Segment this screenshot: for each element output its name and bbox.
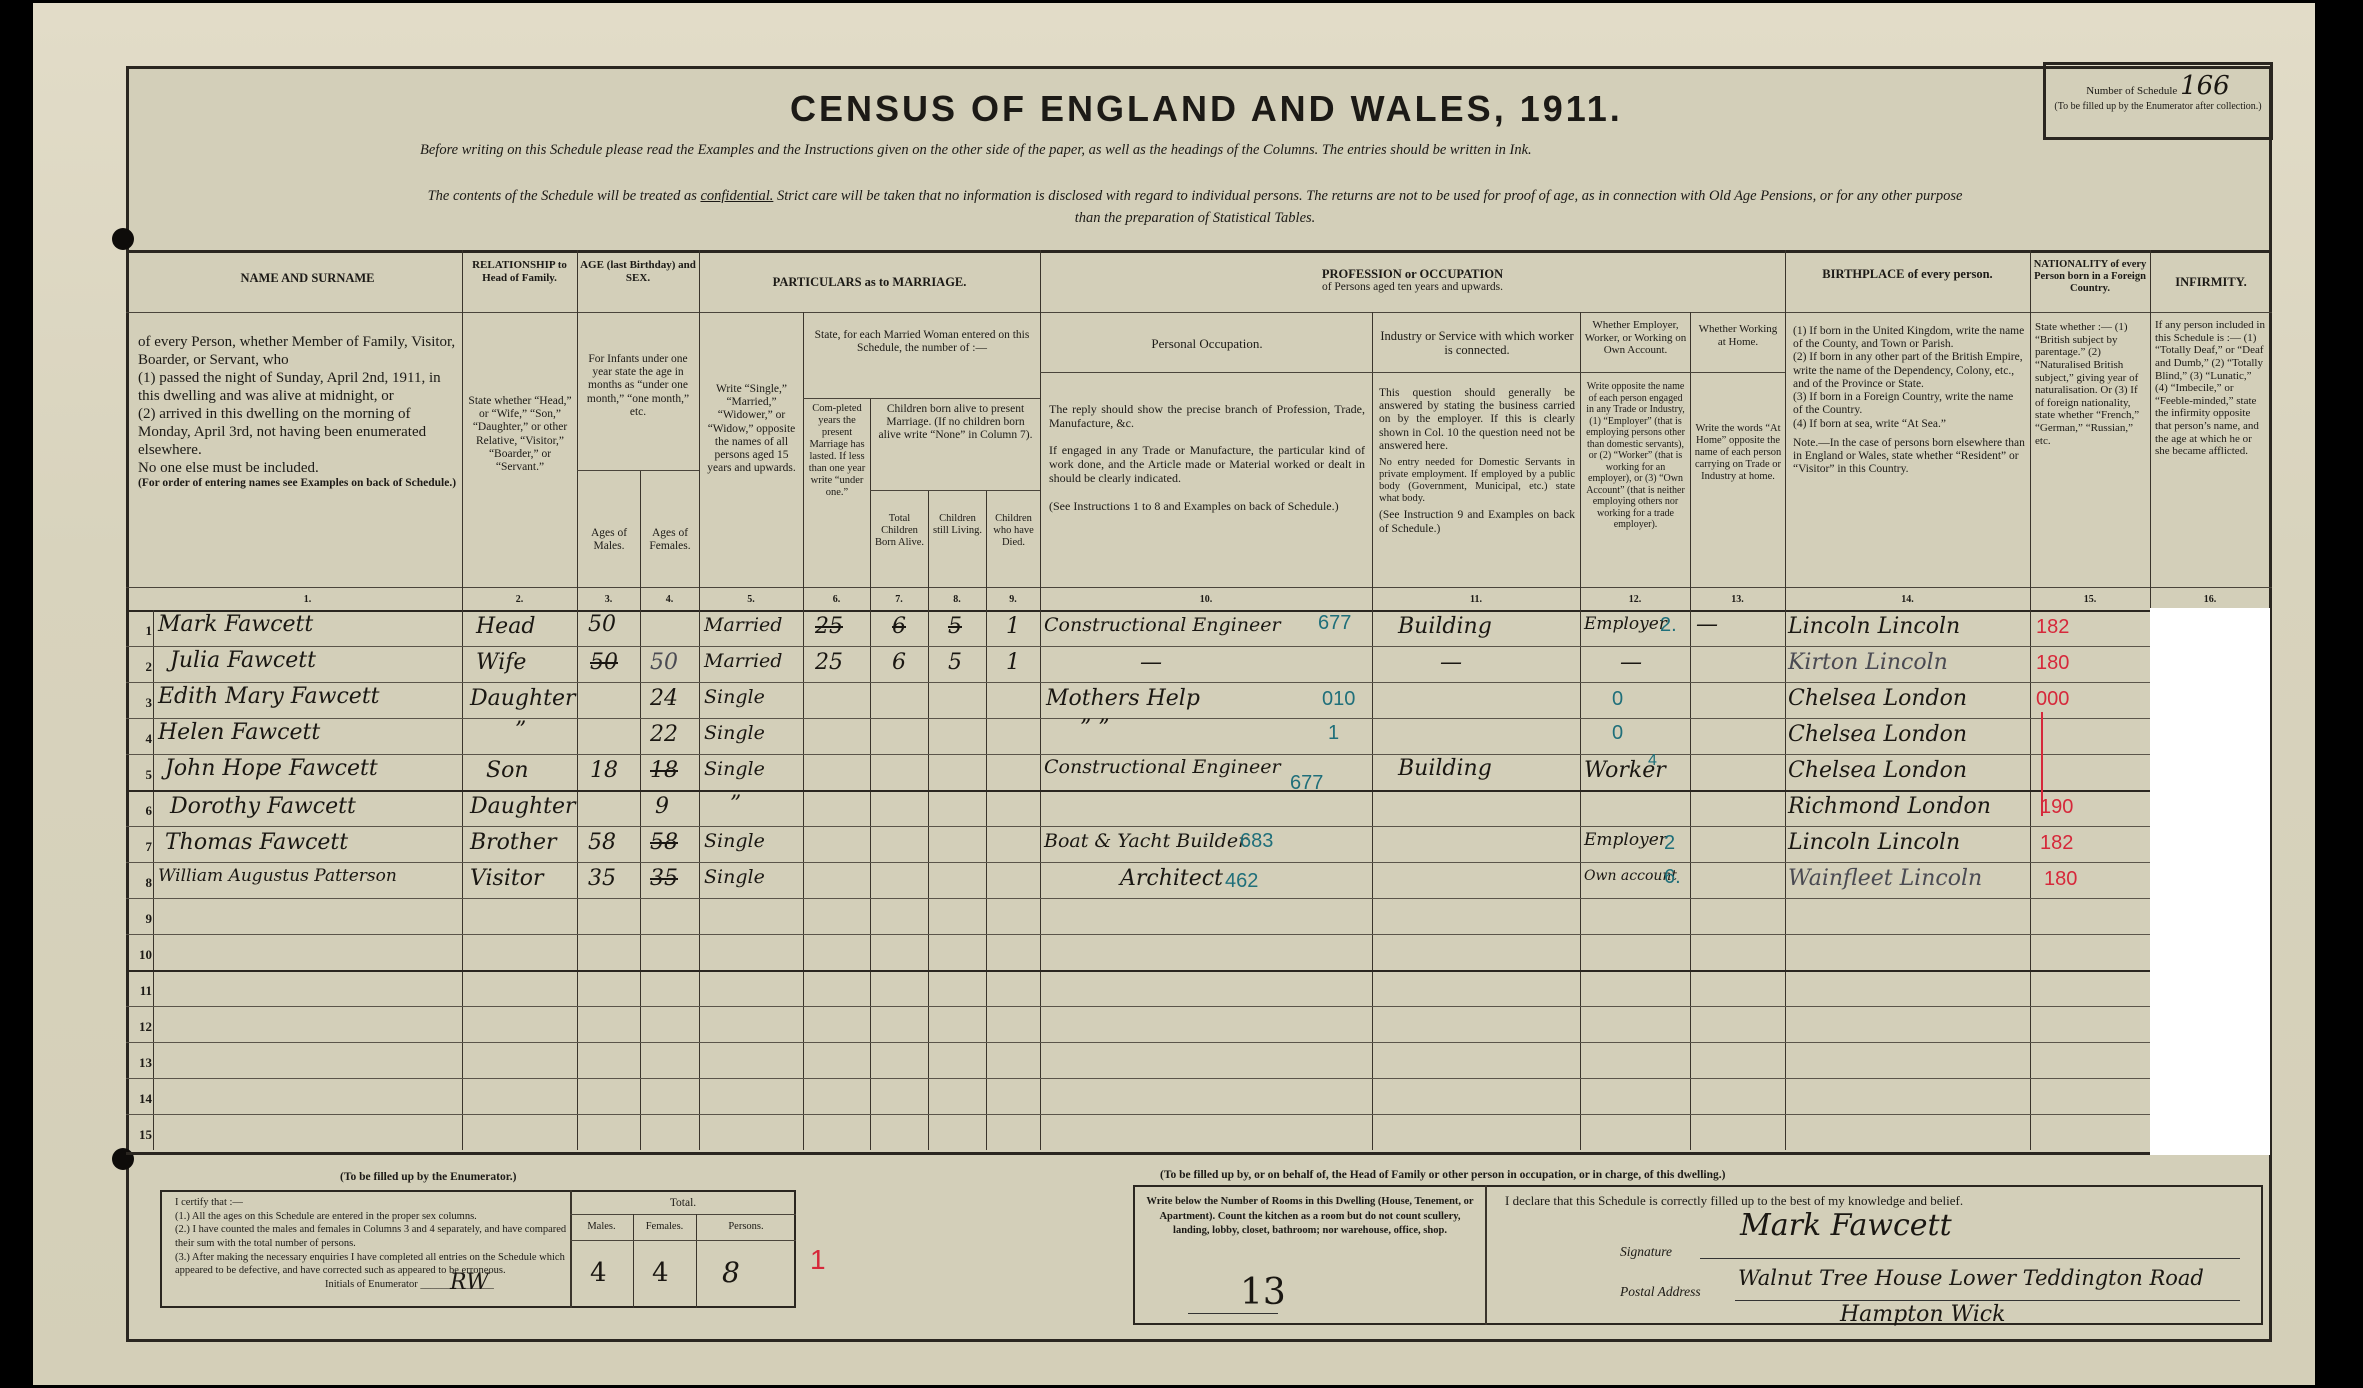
form-rule [126, 898, 2150, 899]
row-numbers-1: 2 [128, 659, 152, 675]
form-rule [126, 934, 2150, 935]
signature: Mark Fawcett [1740, 1208, 1952, 1243]
enumerator-males-label: Males. [570, 1220, 633, 1234]
row-7-name: Thomas Fawcett [165, 830, 348, 855]
rows-0-died: 1 [1006, 614, 1020, 639]
header-name: NAME AND SURNAME [153, 268, 462, 288]
row-1-occupation: Constructional Engineer [1044, 614, 1281, 636]
row-3-name: Edith Mary Fawcett [158, 684, 380, 709]
header-personal-occupation: Personal Occupation. [1042, 334, 1372, 355]
header-infirmity: INFIRMITY. [2150, 272, 2272, 292]
enumerator-initials: RW [450, 1270, 489, 1295]
rows-7-emp-code: 6. [1664, 866, 1681, 889]
headers-occupation-personal-body3: (See Instructions 1 to 8 and Examples on… [1049, 500, 1365, 514]
rows-1-birthplace: Kirton Lincoln [1788, 650, 1948, 675]
form-rule [462, 250, 463, 1150]
postal-address-line2: Hampton Wick [1840, 1302, 2005, 1327]
headers-birthplace-note: Note.—In the case of persons born elsewh… [1793, 437, 2025, 477]
row-5-name: John Hope Fawcett [165, 756, 378, 781]
column-numbers-3: 4. [640, 594, 699, 605]
rows-7-occupation: Architect [1120, 866, 1223, 891]
column-numbers-2: 3. [577, 594, 640, 605]
enumerator-certify: I certify that :— [175, 1196, 575, 1210]
rows-4-emp-code: 4 [1648, 752, 1657, 770]
form-rule [577, 470, 699, 471]
column-numbers-1: 2. [462, 594, 577, 605]
rows-7-rel: Visitor [470, 866, 543, 891]
schedule-number: 166 [2180, 71, 2230, 101]
rows-2-nat-code: 000 [2036, 688, 2069, 711]
column-numbers-12: 13. [1690, 594, 1785, 605]
form-rule [126, 754, 2150, 755]
rows-4-rel: Son [486, 758, 529, 783]
rows-1-marriage: Married [704, 650, 782, 672]
rows-6-emp-code: 2 [1664, 832, 1675, 855]
form-rule [153, 610, 154, 1150]
column-numbers-10: 11. [1372, 594, 1580, 605]
header-top-rule [126, 250, 2272, 253]
rows-2-occ-code: 010 [1322, 688, 1355, 711]
header-industry: Industry or Service with which worker is… [1374, 326, 1580, 361]
header-children-born: Children born alive to present Marriage.… [872, 400, 1039, 446]
rows-0-birthplace: Lincoln Lincoln [1788, 614, 1960, 639]
row-8-name: William Augustus Patterson [158, 866, 397, 886]
header-relationship: RELATIONSHIP to Head of Family. [462, 256, 577, 287]
row-numbers-4: 5 [128, 767, 152, 783]
rows-5-rel: Daughter [470, 794, 576, 819]
header-personal-body: The reply should show the precise branch… [1046, 400, 1368, 516]
form-confidential-word: confidential. [700, 188, 773, 204]
enumerator-females-label: Females. [633, 1220, 696, 1234]
rows-1-rel: Wife [476, 650, 526, 675]
header-children-died: Children who have Died. [987, 510, 1040, 552]
form-rule [126, 1078, 2150, 1079]
rows-4-age-f: 18 [650, 758, 678, 783]
rows-7-occ-code: 462 [1225, 870, 1258, 893]
form-rule [640, 470, 641, 1150]
rows-1-yrs: 25 [815, 650, 843, 675]
rows-0-industry: Building [1398, 614, 1492, 639]
rows-4-occ-code: 677 [1290, 772, 1323, 795]
rows-0-emp-code: 2. [1660, 614, 1677, 637]
rows-6-birthplace: Lincoln Lincoln [1788, 830, 1960, 855]
headers-occupation-personal-body1: The reply should show the precise branch… [1049, 403, 1365, 431]
punch-hole-icon [112, 228, 134, 250]
rows-3-occupation: ” ” [1080, 716, 1110, 741]
rows-6-age-m: 58 [588, 830, 616, 855]
form-rule [1372, 312, 1373, 1150]
headers-birthplace-body1: (1) If born in the United Kingdom, write… [1793, 325, 2025, 351]
row-numbers-8: 9 [128, 911, 152, 927]
header-children-total: Total Children Born Alive. [871, 510, 928, 552]
rows-1-age-m: 50 [590, 650, 618, 675]
form-schedule-number-label: Number of Schedule [2086, 85, 2177, 97]
column-numbers-5: 6. [803, 594, 870, 605]
rows-5-marriage: ” [730, 792, 741, 817]
headers-occupation-industry-body2: No entry needed for Domestic Servants in… [1379, 457, 1575, 505]
row-numbers-12: 13 [128, 1055, 152, 1071]
row-numbers-11: 12 [128, 1019, 152, 1035]
column-numbers-9: 10. [1040, 594, 1372, 605]
column-numbers-7: 8. [928, 594, 986, 605]
header-children-living: Children still Living. [929, 510, 986, 540]
row-numbers-7: 8 [128, 875, 152, 891]
header-nationality: NATIONALITY of every Person born in a Fo… [2030, 256, 2150, 298]
header-marriage: PARTICULARS as to MARRIAGE. [699, 272, 1040, 292]
rows-7-age-f: 35 [650, 866, 678, 891]
rows-6-occ-code: 683 [1240, 830, 1273, 853]
confidential-notice-line2: than the preparation of Statistical Tabl… [155, 210, 2235, 227]
rows-2-emp-code: 0 [1612, 688, 1623, 711]
instruction-line: Before writing on this Schedule please r… [420, 142, 1532, 159]
row-numbers-2: 3 [128, 695, 152, 711]
form-rule [570, 1214, 796, 1215]
form-rule [126, 826, 2150, 827]
rooms-count: 13 [1240, 1272, 1286, 1313]
enumerator-c1: (1.) All the ages on this Schedule are e… [175, 1210, 575, 1224]
rows-2-age-f: 24 [650, 686, 678, 711]
header-age-body: For Infants under one year state the age… [579, 350, 697, 422]
rows-1-born: 6 [892, 650, 906, 675]
enumerator-certify: I certify that :—(1.) All the ages on th… [175, 1196, 575, 1291]
rows-1-employer: — [1620, 650, 1642, 675]
row-1-marriage: Married [704, 614, 782, 636]
rows-5-birthplace: Richmond London [1788, 794, 1991, 819]
row-numbers-13: 14 [128, 1091, 152, 1107]
row-4-name: Helen Fawcett [158, 720, 320, 745]
form-rule [126, 1042, 2150, 1043]
rows-4-industry: Building [1398, 756, 1492, 781]
rows-0-yrs: 25 [815, 614, 843, 639]
form-rule [1040, 372, 1785, 373]
header-home: Whether Working at Home. [1691, 320, 1785, 351]
row-1-age-male: 50 [588, 612, 616, 637]
row-numbers-14: 15 [128, 1127, 152, 1143]
rows-4-birthplace: Chelsea London [1788, 758, 1967, 783]
headers-name-body1: of every Person, whether Member of Famil… [138, 333, 459, 369]
column-numbers-13: 14. [1785, 594, 2030, 605]
header-employer-body: Write opposite the name of each person e… [1581, 378, 1690, 534]
headers-name-body2: (1) passed the night of Sunday, April 2n… [138, 369, 459, 405]
headers-occupation-personal-body2: If engaged in any Trade or Manufacture, … [1049, 444, 1365, 485]
schedule-number-box: Number of Schedule 166 (To be filled up … [2043, 62, 2273, 140]
rows-3-emp-code: 0 [1612, 722, 1623, 745]
form-rule [1735, 1300, 2240, 1301]
form-rule [870, 490, 1040, 491]
headers-occupation-industry-body1: This question should generally be answer… [1379, 387, 1575, 453]
form-schedule-number-note: (To be filled up by the Enumerator after… [2046, 101, 2270, 112]
form-title: CENSUS OF ENGLAND AND WALES, 1911. [790, 88, 1623, 130]
rows-0-occ-code: 677 [1318, 612, 1351, 635]
headers-occupation-industry-body3: (See Instruction 9 and Examples on back … [1379, 509, 1575, 535]
rows-3-marriage: Single [704, 722, 765, 744]
header-birthplace: BIRTHPLACE of every person. [1785, 264, 2030, 284]
enumerator-c2: (2.) I have counted the males and female… [175, 1223, 575, 1250]
rows-7-age-m: 35 [588, 866, 616, 891]
column-numbers-6: 7. [870, 594, 928, 605]
postal-address-line1: Walnut Tree House Lower Teddington Road [1738, 1266, 2204, 1290]
rows-1-occupation: — [1140, 650, 1162, 675]
enumerator-red-mark: 1 [810, 1244, 826, 1276]
form-rule [1040, 250, 1041, 1150]
form-rule [126, 1114, 2150, 1115]
column-numbers-14: 15. [2030, 594, 2150, 605]
form-rule [2030, 250, 2031, 1150]
enumerator-initials-label: Initials of Enumerator [325, 1279, 418, 1290]
rows-0-born: 6 [892, 614, 906, 639]
total-males: 4 [590, 1258, 607, 1288]
rows-0-employer: Employer [1584, 614, 1667, 634]
rows-2-occupation: Mothers Help [1046, 686, 1200, 711]
column-numbers-8: 9. [986, 594, 1040, 605]
enumerator-total-label: Total. [570, 1196, 796, 1212]
form-rule [126, 718, 2150, 719]
form-rule [126, 1006, 2150, 1007]
rows-4-occupation: Constructional Engineer [1044, 756, 1281, 778]
row-numbers-0: 1 [128, 623, 152, 639]
rows-6-nat-code: 182 [2040, 832, 2073, 855]
header-bottom-rule [126, 587, 2272, 588]
header-age: AGE (last Birthday) and SEX. [577, 256, 699, 287]
form-rule [803, 398, 1040, 399]
rows-6-age-f: 58 [650, 830, 678, 855]
rows-3-rel: ” [515, 718, 526, 743]
colnum-rule [126, 610, 2150, 612]
form-rule [986, 490, 987, 1150]
form-rule [577, 250, 578, 1150]
column-numbers-15: 16. [2150, 594, 2270, 605]
rows-5-nat-code: 190 [2040, 796, 2073, 819]
header-marriage-years: Com-pleted years the present Marriage ha… [805, 400, 869, 503]
rows-0-home: — [1696, 612, 1718, 637]
enumerator-persons-label: Persons. [696, 1220, 796, 1234]
headers-name-body5: (For order of entering names see Example… [138, 477, 459, 491]
headers-occupation-title: PROFESSION or OCCUPATION [1043, 267, 1782, 281]
rows-2-birthplace: Chelsea London [1788, 686, 1967, 711]
form-confidential-prefix: The contents of the Schedule will be tre… [428, 188, 701, 204]
rows-6-rel: Brother [470, 830, 556, 855]
header-employer: Whether Employer, Worker, or Working on … [1581, 316, 1690, 360]
form-rule [126, 682, 2150, 683]
rows-7-marriage: Single [704, 866, 765, 888]
rows-4-marriage: Single [704, 758, 765, 780]
rows-4-age-m: 18 [590, 758, 618, 783]
header-marriage-state: State, for each Married Woman entered on… [805, 326, 1039, 358]
redaction-box [2150, 608, 2270, 1155]
header-home-body: Write the words “At Home” opposite the n… [1691, 420, 1785, 486]
rows-2-marriage: Single [704, 686, 765, 708]
household-heading: (To be filled up by, or on behalf of, th… [1160, 1168, 1725, 1184]
rows-1-nat-code: 180 [2036, 652, 2069, 675]
rows-3-age-f: 22 [650, 722, 678, 747]
form-confidential-rest: Strict care will be taken that no inform… [773, 188, 1962, 204]
rows-1-died: 1 [1006, 650, 1020, 675]
form-rule [1485, 1185, 1487, 1325]
rooms-instructions: Write below the Number of Rooms in this … [1140, 1195, 1480, 1239]
header-relationship-body: State whether “Head,” or “Wife,” “Son,” … [464, 392, 576, 477]
column-numbers-11: 12. [1580, 594, 1690, 605]
form-rule [803, 312, 804, 1150]
row-6-name: Dorothy Fawcett [170, 794, 356, 819]
row-numbers-9: 10 [128, 947, 152, 963]
header-birthplace-body: (1) If born in the United Kingdom, write… [1790, 322, 2028, 479]
form-rule [126, 1152, 2272, 1155]
rows-6-occupation: Boat & Yacht Builder [1044, 830, 1247, 852]
form-rule [699, 250, 700, 1150]
form-rule [126, 862, 2150, 863]
form-rule: Number of Schedule 166 [2046, 71, 2270, 101]
form-rule [928, 490, 929, 1150]
rows-3-occ-code: 1 [1328, 722, 1339, 745]
headers-birthplace-body4: (4) If born at sea, write “At Sea.” [1793, 418, 2025, 431]
form-rule [126, 970, 2150, 972]
header-industry-body: This question should generally be answer… [1376, 384, 1578, 539]
header-occupation: PROFESSION or OCCUPATIONof Persons aged … [1040, 264, 1785, 298]
headers-name-body3: (2) arrived in this dwelling on the morn… [138, 405, 459, 459]
headers-name-body4: No one else must be included. [138, 459, 459, 477]
enumerator-heading: (To be filled up by the Enumerator.) [340, 1170, 516, 1186]
row-1-name: Mark Fawcett [158, 612, 313, 637]
header-age-males: Ages of Males. [579, 524, 639, 556]
household-address-label: Postal Address [1620, 1284, 1701, 1300]
household-signature-label: Signature [1620, 1244, 1672, 1260]
row-numbers-6: 7 [128, 839, 152, 855]
column-numbers-0: 1. [153, 594, 462, 605]
headers-occupation-subtitle: of Persons aged ten years and upwards. [1043, 281, 1782, 294]
header-name-body: of every Person, whether Member of Famil… [135, 330, 462, 494]
form-rule [126, 790, 2150, 792]
rows-1-industry: — [1440, 650, 1462, 675]
headers-birthplace-body2: (2) If born in any other part of the Bri… [1793, 351, 2025, 391]
rows-1-living: 5 [948, 650, 962, 675]
total-females: 4 [652, 1258, 669, 1288]
row-numbers-3: 4 [128, 731, 152, 747]
row-numbers-5: 6 [128, 803, 152, 819]
rows-7-nat-code: 180 [2044, 868, 2077, 891]
rows-7-birthplace: Wainfleet Lincoln [1788, 866, 1982, 891]
form-rule [1785, 250, 1786, 1150]
form-rule [1700, 1258, 2240, 1259]
form-rule [1188, 1313, 1278, 1314]
rows-6-marriage: Single [704, 830, 765, 852]
rows-3-birthplace: Chelsea London [1788, 722, 1967, 747]
rows-6-employer: Employer [1584, 830, 1667, 850]
row-2-name: Julia Fawcett [170, 648, 316, 673]
headers-birthplace-body3: (3) If born in a Foreign Country, write … [1793, 391, 2025, 417]
confidential-notice: The contents of the Schedule will be tre… [155, 188, 2235, 205]
rows-5-age-f: 9 [655, 794, 669, 819]
form-rule [570, 1240, 796, 1241]
rows-0-nat-code: 182 [2036, 616, 2069, 639]
row-1-relationship: Head [476, 614, 535, 639]
rows-2-rel: Daughter [470, 686, 576, 711]
rows-0-living: 5 [948, 614, 962, 639]
header-infirmity-body: If any person included in this Schedule … [2152, 316, 2270, 461]
declaration: I declare that this Schedule is correctl… [1505, 1192, 1963, 1210]
total-persons: 8 [722, 1256, 740, 1289]
rows-1-age-f: 50 [650, 650, 678, 675]
header-nationality-body: State whether :— (1) “British subject by… [2032, 318, 2149, 450]
header-title-rule [126, 312, 2272, 313]
header-age-females: Ages of Females. [641, 524, 699, 556]
form-rule [126, 646, 2150, 647]
header-marriage-write: Write “Single,” “Married,” “Widower,” or… [701, 380, 802, 479]
column-numbers-4: 5. [699, 594, 803, 605]
row-numbers-10: 11 [128, 983, 152, 999]
enumerator-c3: (3.) After making the necessary enquirie… [175, 1251, 575, 1278]
